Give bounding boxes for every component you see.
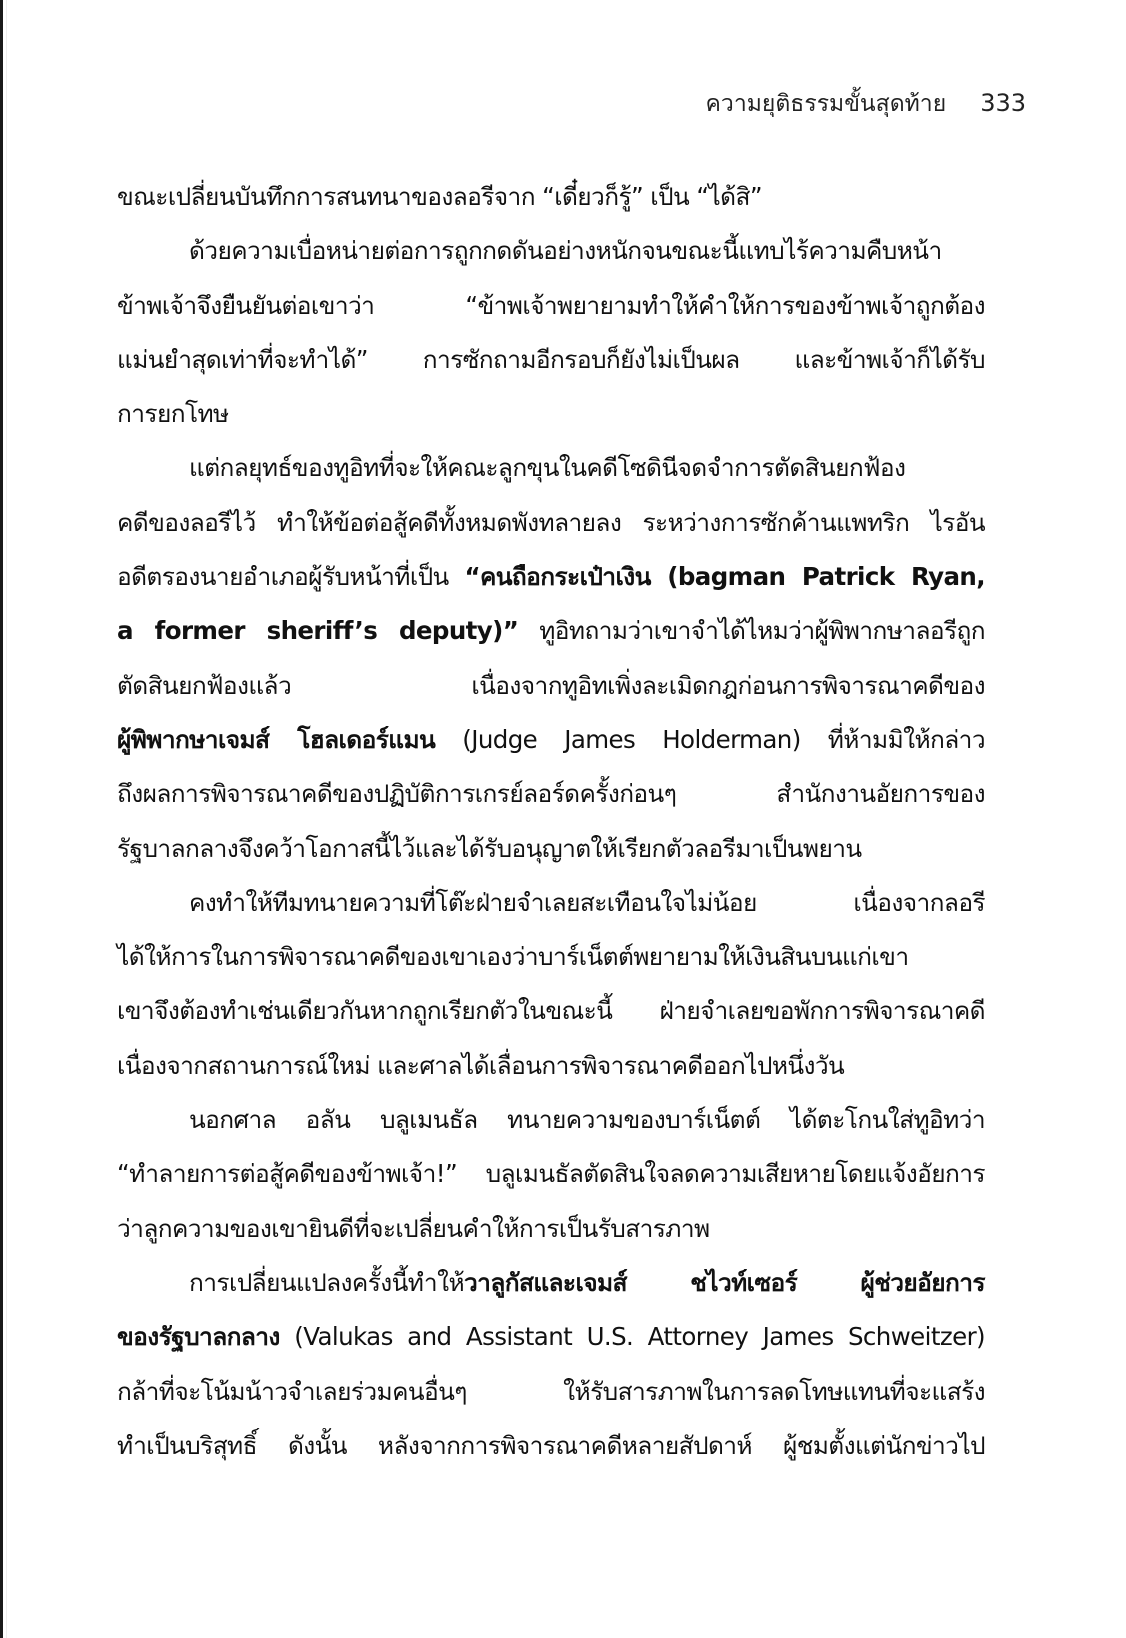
text-run: เขาจึงต้องทำเช่นเดียวกันหากถูกเรียกตัวใน… <box>117 996 985 1025</box>
text-run: เนื่องจากสถานการณ์ใหม่ และศาลได้เลื่อนกา… <box>117 1051 844 1080</box>
page-number: 333 <box>980 89 1026 117</box>
text-line: ได้ให้การในการพิจารณาคดีของเขาเองว่าบาร์… <box>117 930 985 984</box>
text-line: แม่นยำสุดเท่าที่จะทำได้” การซักถามอีกรอบ… <box>117 333 985 387</box>
text-run: ตัดสินยกฟ้องแล้ว เนื่องจากทูอิทเพิ่งละเม… <box>117 671 985 700</box>
bold-text-run: ผู้พิพากษาเจมส์ โฮลเดอร์แมน <box>117 725 435 754</box>
text-line: ถึงผลการพิจารณาคดีของปฏิบัติการเกรย์ลอร์… <box>117 767 985 821</box>
paragraph-first-line: คงทำให้ทีมทนายความที่โต๊ะฝ่ายจำเลยสะเทือ… <box>117 876 985 930</box>
paragraph-first-line: นอกศาล อลัน บลูเมนธัล ทนายความของบาร์เน็… <box>117 1093 985 1147</box>
text-line: เนื่องจากสถานการณ์ใหม่ และศาลได้เลื่อนกา… <box>117 1039 985 1093</box>
text-run: ด้วยความเบื่อหน่ายต่อการถูกกดดันอย่างหนั… <box>189 236 942 265</box>
text-run: (Valukas and Assistant U.S. Attorney Jam… <box>280 1322 985 1351</box>
text-line: ว่าลูกความของเขายินดีที่จะเปลี่ยนคำให้กา… <box>117 1202 985 1256</box>
text-line: คดีของลอรีไว้ ทำให้ข้อต่อสู้คดีทั้งหมดพั… <box>117 496 985 550</box>
text-line: “ทำลายการต่อสู้คดีของข้าพเจ้า!” บลูเมนธั… <box>117 1147 985 1201</box>
text-run: แม่นยำสุดเท่าที่จะทำได้” การซักถามอีกรอบ… <box>117 345 985 374</box>
text-run: ทูอิทถามว่าเขาจำได้ไหมว่าผู้พิพากษาลอรีถ… <box>518 616 985 645</box>
text-run: ขณะเปลี่ยนบันทึกการสนทนาของลอรีจาก “เดี๋… <box>117 182 762 211</box>
bold-text-run: a former sheriff’s deputy)” <box>117 616 518 645</box>
text-line: ทำเป็นบริสุทธิ์ ดังนั้น หลังจากการพิจารณ… <box>117 1419 985 1473</box>
text-run: นอกศาล อลัน บลูเมนธัล ทนายความของบาร์เน็… <box>189 1105 985 1134</box>
text-line: อดีตรองนายอำเภอผู้รับหน้าที่เป็น “คนถือก… <box>117 550 985 604</box>
paragraph-first-line: แต่กลยุทธ์ของทูอิทที่จะให้คณะลูกขุนในคดี… <box>117 441 985 495</box>
text-run: ทำเป็นบริสุทธิ์ ดังนั้น หลังจากการพิจารณ… <box>117 1431 985 1460</box>
text-line: ผู้พิพากษาเจมส์ โฮลเดอร์แมน (Judge James… <box>117 713 985 767</box>
running-header: ความยุติธรรมขั้นสุดท้าย 333 <box>706 86 1026 122</box>
text-line: ข้าพเจ้าจึงยืนยันต่อเขาว่า “ข้าพเจ้าพยาย… <box>117 279 985 333</box>
paragraph-first-line: ด้วยความเบื่อหน่ายต่อการถูกกดดันอย่างหนั… <box>117 224 985 278</box>
text-run: “ทำลายการต่อสู้คดีของข้าพเจ้า!” บลูเมนธั… <box>117 1159 985 1188</box>
text-run: ข้าพเจ้าจึงยืนยันต่อเขาว่า “ข้าพเจ้าพยาย… <box>117 291 985 320</box>
text-run: ได้ให้การในการพิจารณาคดีของเขาเองว่าบาร์… <box>117 942 908 971</box>
page-edge-shadow <box>6 0 7 1638</box>
text-line: ขณะเปลี่ยนบันทึกการสนทนาของลอรีจาก “เดี๋… <box>117 170 985 224</box>
bold-text-run: “คนถือกระเป๋าเงิน (bagman Patrick Ryan, <box>464 562 985 591</box>
body-text: ขณะเปลี่ยนบันทึกการสนทนาของลอรีจาก “เดี๋… <box>117 170 985 1473</box>
text-line: a former sheriff’s deputy)” ทูอิทถามว่าเ… <box>117 604 985 658</box>
chapter-title: ความยุติธรรมขั้นสุดท้าย <box>706 86 947 122</box>
text-run: การเปลี่ยนแปลงครั้งนี้ทำให้ <box>189 1268 464 1297</box>
text-line: ตัดสินยกฟ้องแล้ว เนื่องจากทูอิทเพิ่งละเม… <box>117 659 985 713</box>
text-run: อดีตรองนายอำเภอผู้รับหน้าที่เป็น <box>117 562 464 591</box>
text-line: เขาจึงต้องทำเช่นเดียวกันหากถูกเรียกตัวใน… <box>117 984 985 1038</box>
bold-text-run: ของรัฐบาลกลาง <box>117 1322 280 1351</box>
text-line: การยกโทษ <box>117 387 985 441</box>
text-line: กล้าที่จะโน้มน้าวจำเลยร่วมคนอื่นๆ ให้รับ… <box>117 1365 985 1419</box>
bold-text-run: วาลูกัสและเจมส์ ชไวท์เซอร์ ผู้ช่วยอัยการ <box>464 1268 985 1297</box>
text-run: คงทำให้ทีมทนายความที่โต๊ะฝ่ายจำเลยสะเทือ… <box>189 888 985 917</box>
text-run: ว่าลูกความของเขายินดีที่จะเปลี่ยนคำให้กา… <box>117 1214 710 1243</box>
text-run: แต่กลยุทธ์ของทูอิทที่จะให้คณะลูกขุนในคดี… <box>189 453 905 482</box>
text-run: รัฐบาลกลางจึงคว้าโอกาสนี้ไว้และได้รับอนุ… <box>117 834 862 863</box>
paragraph-first-line: การเปลี่ยนแปลงครั้งนี้ทำให้วาลูกัสและเจม… <box>117 1256 985 1310</box>
text-run: กล้าที่จะโน้มน้าวจำเลยร่วมคนอื่นๆ ให้รับ… <box>117 1377 985 1406</box>
text-run: (Judge James Holderman) ที่ห้ามมิให้กล่า… <box>435 725 985 754</box>
page-edge-rule <box>0 0 3 1638</box>
text-run: การยกโทษ <box>117 399 229 428</box>
text-run: คดีของลอรีไว้ ทำให้ข้อต่อสู้คดีทั้งหมดพั… <box>117 508 985 537</box>
text-run: ถึงผลการพิจารณาคดีของปฏิบัติการเกรย์ลอร์… <box>117 779 985 808</box>
text-line: รัฐบาลกลางจึงคว้าโอกาสนี้ไว้และได้รับอนุ… <box>117 822 985 876</box>
text-line: ของรัฐบาลกลาง (Valukas and Assistant U.S… <box>117 1310 985 1364</box>
